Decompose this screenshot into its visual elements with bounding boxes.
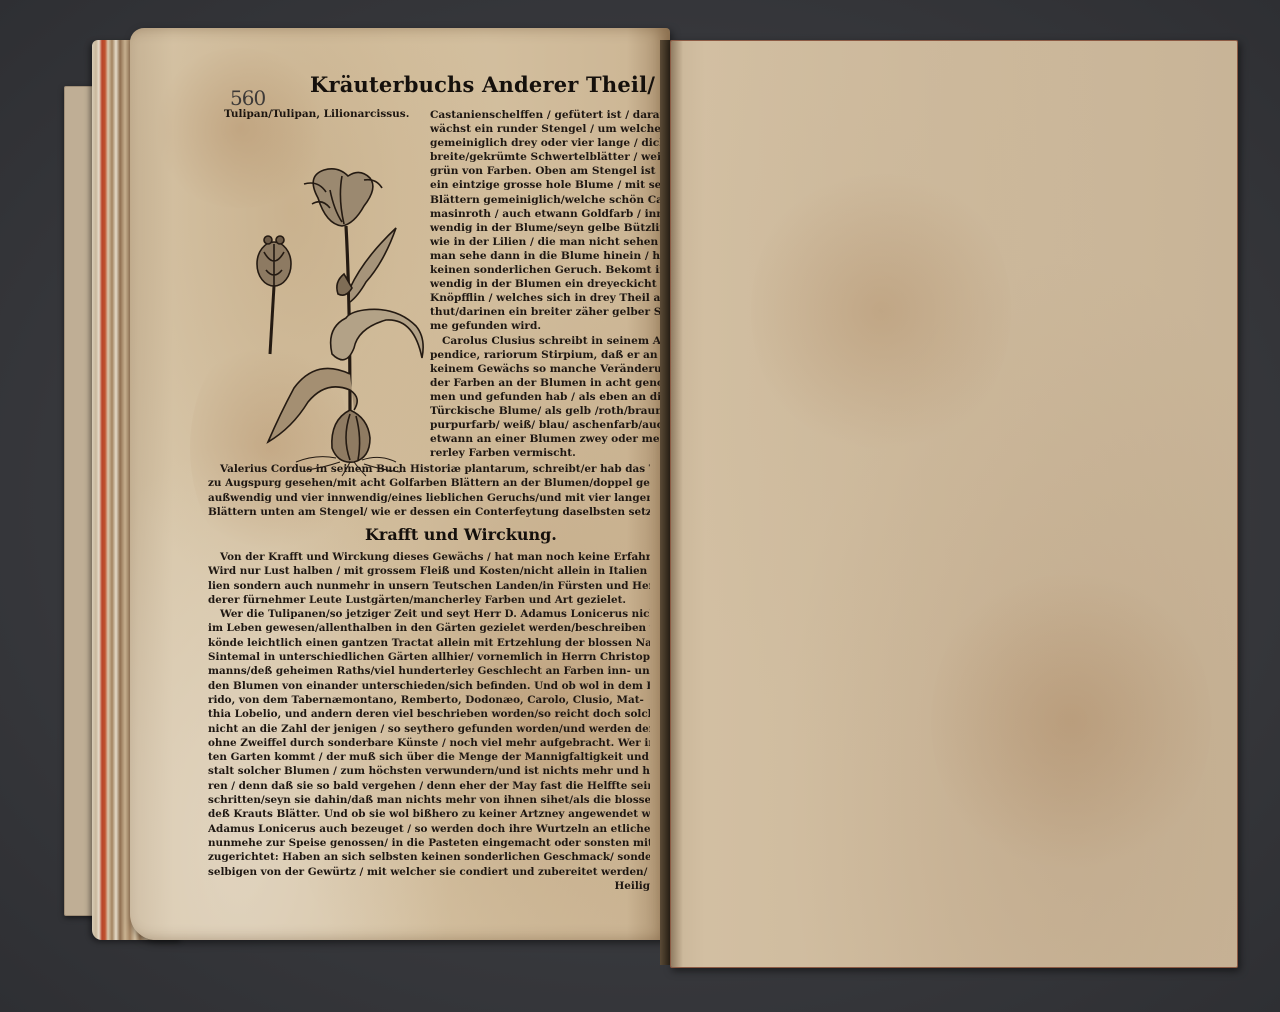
- text-line: zu Augspurg gesehen/mit acht Golfarben B…: [208, 476, 650, 490]
- seed-capsule-icon: [257, 236, 291, 354]
- text-line: thut/darinen ein breiter zäher gelber Sa…: [430, 305, 658, 319]
- text-line: wendig in der Blumen ein dreyeckicht: [430, 277, 658, 291]
- text-line: könde leichtlich einen gantzen Tractat a…: [208, 636, 650, 650]
- text-line: ein eintzige grosse hole Blume / mit sec…: [430, 178, 658, 192]
- text-line: der Farben an der Blumen in acht genom-: [430, 376, 658, 390]
- paper-mottling: [751, 161, 1011, 461]
- text-line: etwann an einer Blumen zwey oder meh-: [430, 432, 658, 446]
- text-line: wendig in der Blume/seyn gelbe Bützlin/: [430, 221, 658, 235]
- text-line: keinem Gewächs so manche Veränderung: [430, 362, 658, 376]
- running-head: Kräuterbuchs Anderer Theil/: [310, 72, 655, 97]
- text-line: wächst ein runder Stengel / um welchen: [430, 122, 658, 136]
- text-line: Valerius Cordus in seinem Buch Historiæ …: [208, 462, 650, 476]
- text-line: selbigen von der Gewürtz / mit welcher s…: [208, 865, 650, 879]
- text-line: Sintemal in unterschiedlichen Gärten all…: [208, 650, 650, 664]
- tulip-woodcut-illustration: [246, 158, 456, 478]
- spine-fold-shadow: [671, 41, 683, 967]
- section-heading: Krafft und Wirckung.: [365, 525, 557, 544]
- text-line: breite/gekrümte Schwertelblätter / weiß-: [430, 150, 658, 164]
- figure-caption: Tulipan/Tulipan, Lilionarcissus.: [224, 108, 409, 120]
- text-line: ten Garten kommt / der muß sich über die…: [208, 750, 650, 764]
- text-line: Wird nur Lust halben / mit grossem Fleiß…: [208, 564, 650, 578]
- text-line: nunmehe zur Speise genossen/ in die Past…: [208, 836, 650, 850]
- text-line: grün von Farben. Oben am Stengel ist: [430, 164, 658, 178]
- catchword: Heilig: [208, 879, 650, 893]
- valerius-cordus-paragraph: Valerius Cordus in seinem Buch Historiæ …: [208, 462, 650, 519]
- text-line: Carolus Clusius schreibt in seinem Ap-: [430, 334, 658, 348]
- text-line: derer fürnehmer Leute Lustgärten/mancher…: [208, 593, 650, 607]
- text-line: Blättern unten am Stengel/ wie er dessen…: [208, 505, 650, 519]
- text-line: außwendig und vier innwendig/eines liebl…: [208, 491, 650, 505]
- scan-stage: 560 Kräuterbuchs Anderer Theil/ Tulipan/…: [0, 0, 1280, 1012]
- text-line: pendice, rariorum Stirpium, daß er an: [430, 348, 658, 362]
- text-line: Blättern gemeiniglich/welche schön Car-: [430, 193, 658, 207]
- tulip-flower-icon: [304, 169, 382, 226]
- text-line: Castanienschelffen / gefütert ist / dara…: [430, 108, 658, 122]
- text-line: ohne Zweiffel durch sonderbare Künste / …: [208, 736, 650, 750]
- text-line: nicht an die Zahl der jenigen / so seyth…: [208, 722, 650, 736]
- text-line: ren / denn daß sie so bald vergehen / de…: [208, 779, 650, 793]
- text-line: thia Lobelio, und andern deren viel besc…: [208, 707, 650, 721]
- text-line: man sehe dann in die Blume hinein / hat: [430, 249, 658, 263]
- text-line: lien sondern auch nunmehr in unsern Teut…: [208, 579, 650, 593]
- text-line: men und gefunden hab / als eben an diese…: [430, 390, 658, 404]
- text-line: schritten/seyn sie dahin/daß man nichts …: [208, 793, 650, 807]
- right-page-blank: [670, 40, 1238, 968]
- text-line: Türckische Blume/ als gelb /roth/braun/: [430, 404, 658, 418]
- text-line: purpurfarb/ weiß/ blau/ aschenfarb/auch: [430, 418, 658, 432]
- text-line: rerley Farben vermischt.: [430, 446, 658, 460]
- paper-mottling: [931, 561, 1211, 881]
- page-number: 560: [230, 86, 265, 110]
- text-line: rido, von dem Tabernæmontano, Remberto, …: [208, 693, 650, 707]
- krafft-und-wirckung-text: Von der Krafft und Wirckung dieses Gewäc…: [208, 550, 650, 893]
- text-line: deß Krauts Blätter. Und ob sie wol bißhe…: [208, 807, 650, 821]
- text-line: den Blumen von einander unterschieden/si…: [208, 679, 650, 693]
- text-line: stalt solcher Blumen / zum höchsten verw…: [208, 764, 650, 778]
- text-line: zugerichtet: Haben an sich selbsten kein…: [208, 850, 650, 864]
- text-line: Von der Krafft und Wirckung dieses Gewäc…: [208, 550, 650, 564]
- text-line: masinroth / auch etwann Goldfarb / inn-: [430, 207, 658, 221]
- right-column-text: Castanienschelffen / gefütert ist / dara…: [430, 108, 658, 460]
- text-line: me gefunden wird.: [430, 319, 658, 333]
- left-page: 560 Kräuterbuchs Anderer Theil/ Tulipan/…: [130, 28, 670, 940]
- text-line: manns/deß geheimen Raths/viel hunderterl…: [208, 664, 650, 678]
- text-line: im Leben gewesen/allenthalben in den Gär…: [208, 621, 650, 635]
- text-line: Knöpfflin / welches sich in drey Theil a…: [430, 291, 658, 305]
- text-line: keinen sonderlichen Geruch. Bekomt inn-: [430, 263, 658, 277]
- text-line: wie in der Lilien / die man nicht sehen …: [430, 235, 658, 249]
- text-line: Wer die Tulipanen/so jetziger Zeit und s…: [208, 607, 650, 621]
- text-line: gemeiniglich drey oder vier lange / dick…: [430, 136, 658, 150]
- text-line: Adamus Lonicerus auch bezeuget / so werd…: [208, 822, 650, 836]
